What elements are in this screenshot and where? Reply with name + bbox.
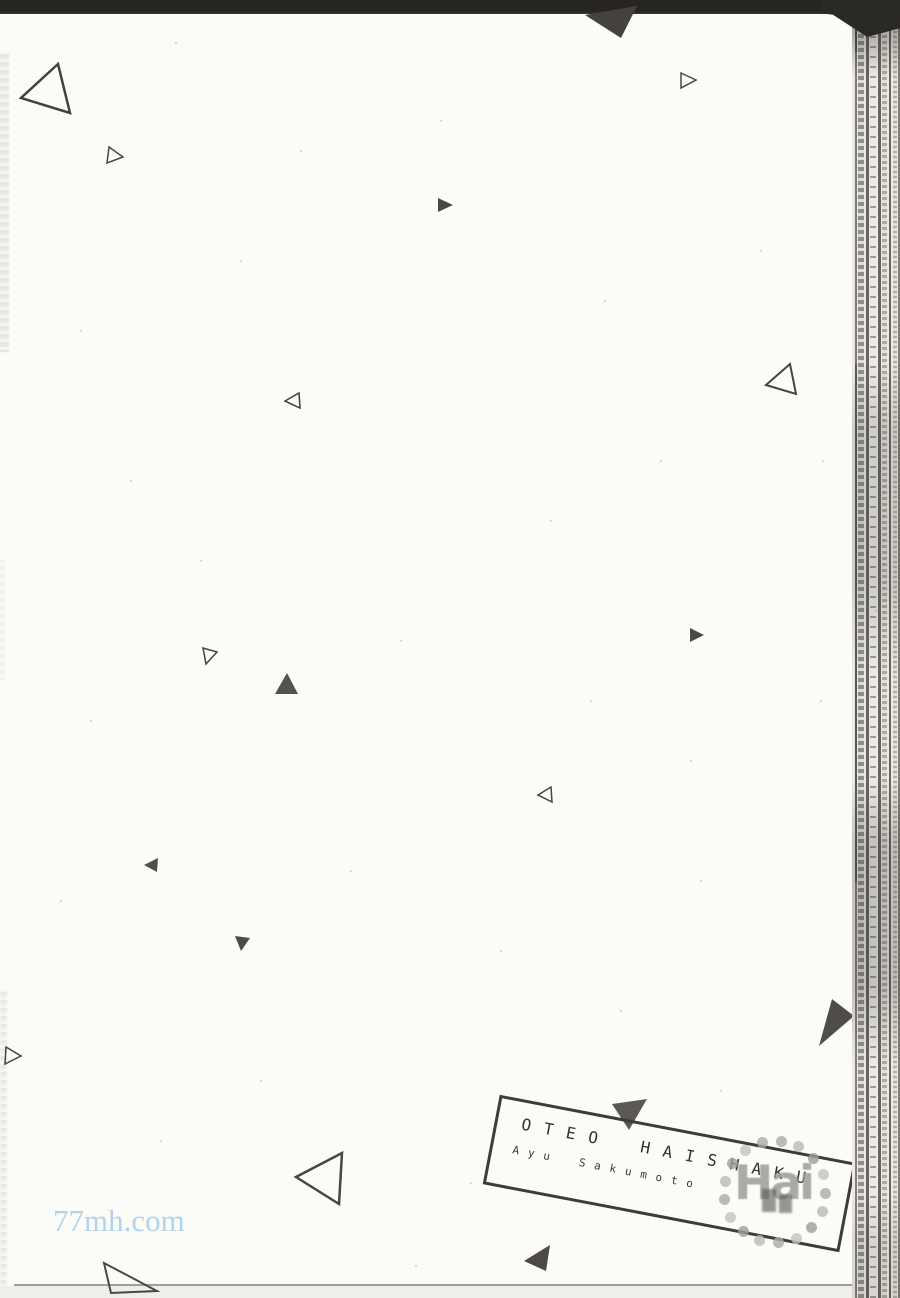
dust-speck (660, 460, 662, 462)
dust-speck (500, 950, 502, 952)
dust-speck (400, 640, 402, 642)
scan-left-edge-texture (0, 560, 5, 680)
dust-speck (260, 1080, 262, 1082)
dust-speck (350, 870, 352, 872)
scan-bottom-margin (0, 1286, 900, 1298)
scan-left-edge-texture (0, 990, 7, 1298)
dust-speck (604, 300, 606, 302)
triangle-filled-small-2 (690, 628, 704, 642)
dust-speck (550, 520, 552, 522)
triangle-filled-small-1 (438, 198, 453, 212)
dust-speck (760, 250, 762, 252)
dust-speck (620, 1010, 622, 1012)
triangle-outline-small-4 (203, 648, 217, 664)
binding-line (855, 0, 857, 1298)
triangle-outline-big-left-bottom (296, 1153, 342, 1204)
stamp-dot (738, 1226, 749, 1237)
binding-line (882, 0, 887, 1298)
dust-speck (875, 610, 877, 612)
triangle-outline-big-left-top (21, 64, 70, 113)
dust-speck (240, 260, 242, 262)
triangle-filled-small-4 (235, 936, 250, 951)
binding-line (858, 0, 864, 1298)
dust-speck (175, 42, 177, 44)
page: OTEO HAISHAKU Ayu Sakumoto Hai 77mh.com (0, 0, 900, 1298)
binding-line (866, 0, 869, 1298)
stamp-dot (791, 1233, 802, 1244)
dust-speck (590, 700, 592, 702)
dust-speck (60, 900, 62, 902)
stamp-ink-mark (762, 1189, 776, 1212)
site-watermark: 77mh.com (53, 1203, 185, 1239)
binding-line (878, 0, 881, 1298)
scan-left-edge-texture (0, 52, 9, 352)
triangle-layer (0, 0, 900, 1298)
stamp-dot (773, 1237, 784, 1248)
dust-speck (700, 880, 702, 882)
triangle-filled-small-5 (524, 1245, 550, 1271)
triangle-outline-medium-right (766, 364, 796, 394)
dust-speck (470, 1182, 472, 1184)
dust-speck (300, 150, 302, 152)
binding-edge-texture (852, 0, 900, 1298)
stamp-ink-mark (779, 1195, 792, 1213)
stamp-dot (740, 1145, 751, 1156)
binding-line (893, 0, 897, 1298)
stamp-dot (793, 1141, 804, 1152)
scan-top-edge (0, 0, 900, 14)
dust-speck (90, 720, 92, 722)
triangle-outline-small-5 (538, 787, 552, 802)
dust-speck (200, 560, 202, 562)
stamp-dot (754, 1235, 765, 1246)
binding-line (889, 0, 891, 1298)
stamp-dot (757, 1137, 768, 1148)
triangle-filled-big-right (819, 999, 854, 1046)
triangle-filled-small-3 (144, 858, 158, 872)
dust-speck (820, 700, 822, 702)
stamp-dot (776, 1136, 787, 1147)
dust-speck (130, 480, 132, 482)
dust-speck (720, 1090, 722, 1092)
triangle-filled-up (275, 673, 298, 694)
dust-speck (415, 1265, 417, 1267)
binding-line (870, 0, 876, 1298)
triangle-outline-small-2 (107, 147, 123, 163)
dust-speck (80, 330, 82, 332)
dust-speck (690, 760, 692, 762)
dust-speck (822, 460, 824, 462)
stamp-dot (720, 1176, 731, 1187)
triangle-outline-small-3 (285, 393, 300, 408)
dust-speck (160, 1140, 162, 1142)
triangle-outline-small-7 (5, 1047, 21, 1064)
dust-speck (440, 120, 442, 122)
triangle-outline-small-1 (681, 73, 696, 88)
